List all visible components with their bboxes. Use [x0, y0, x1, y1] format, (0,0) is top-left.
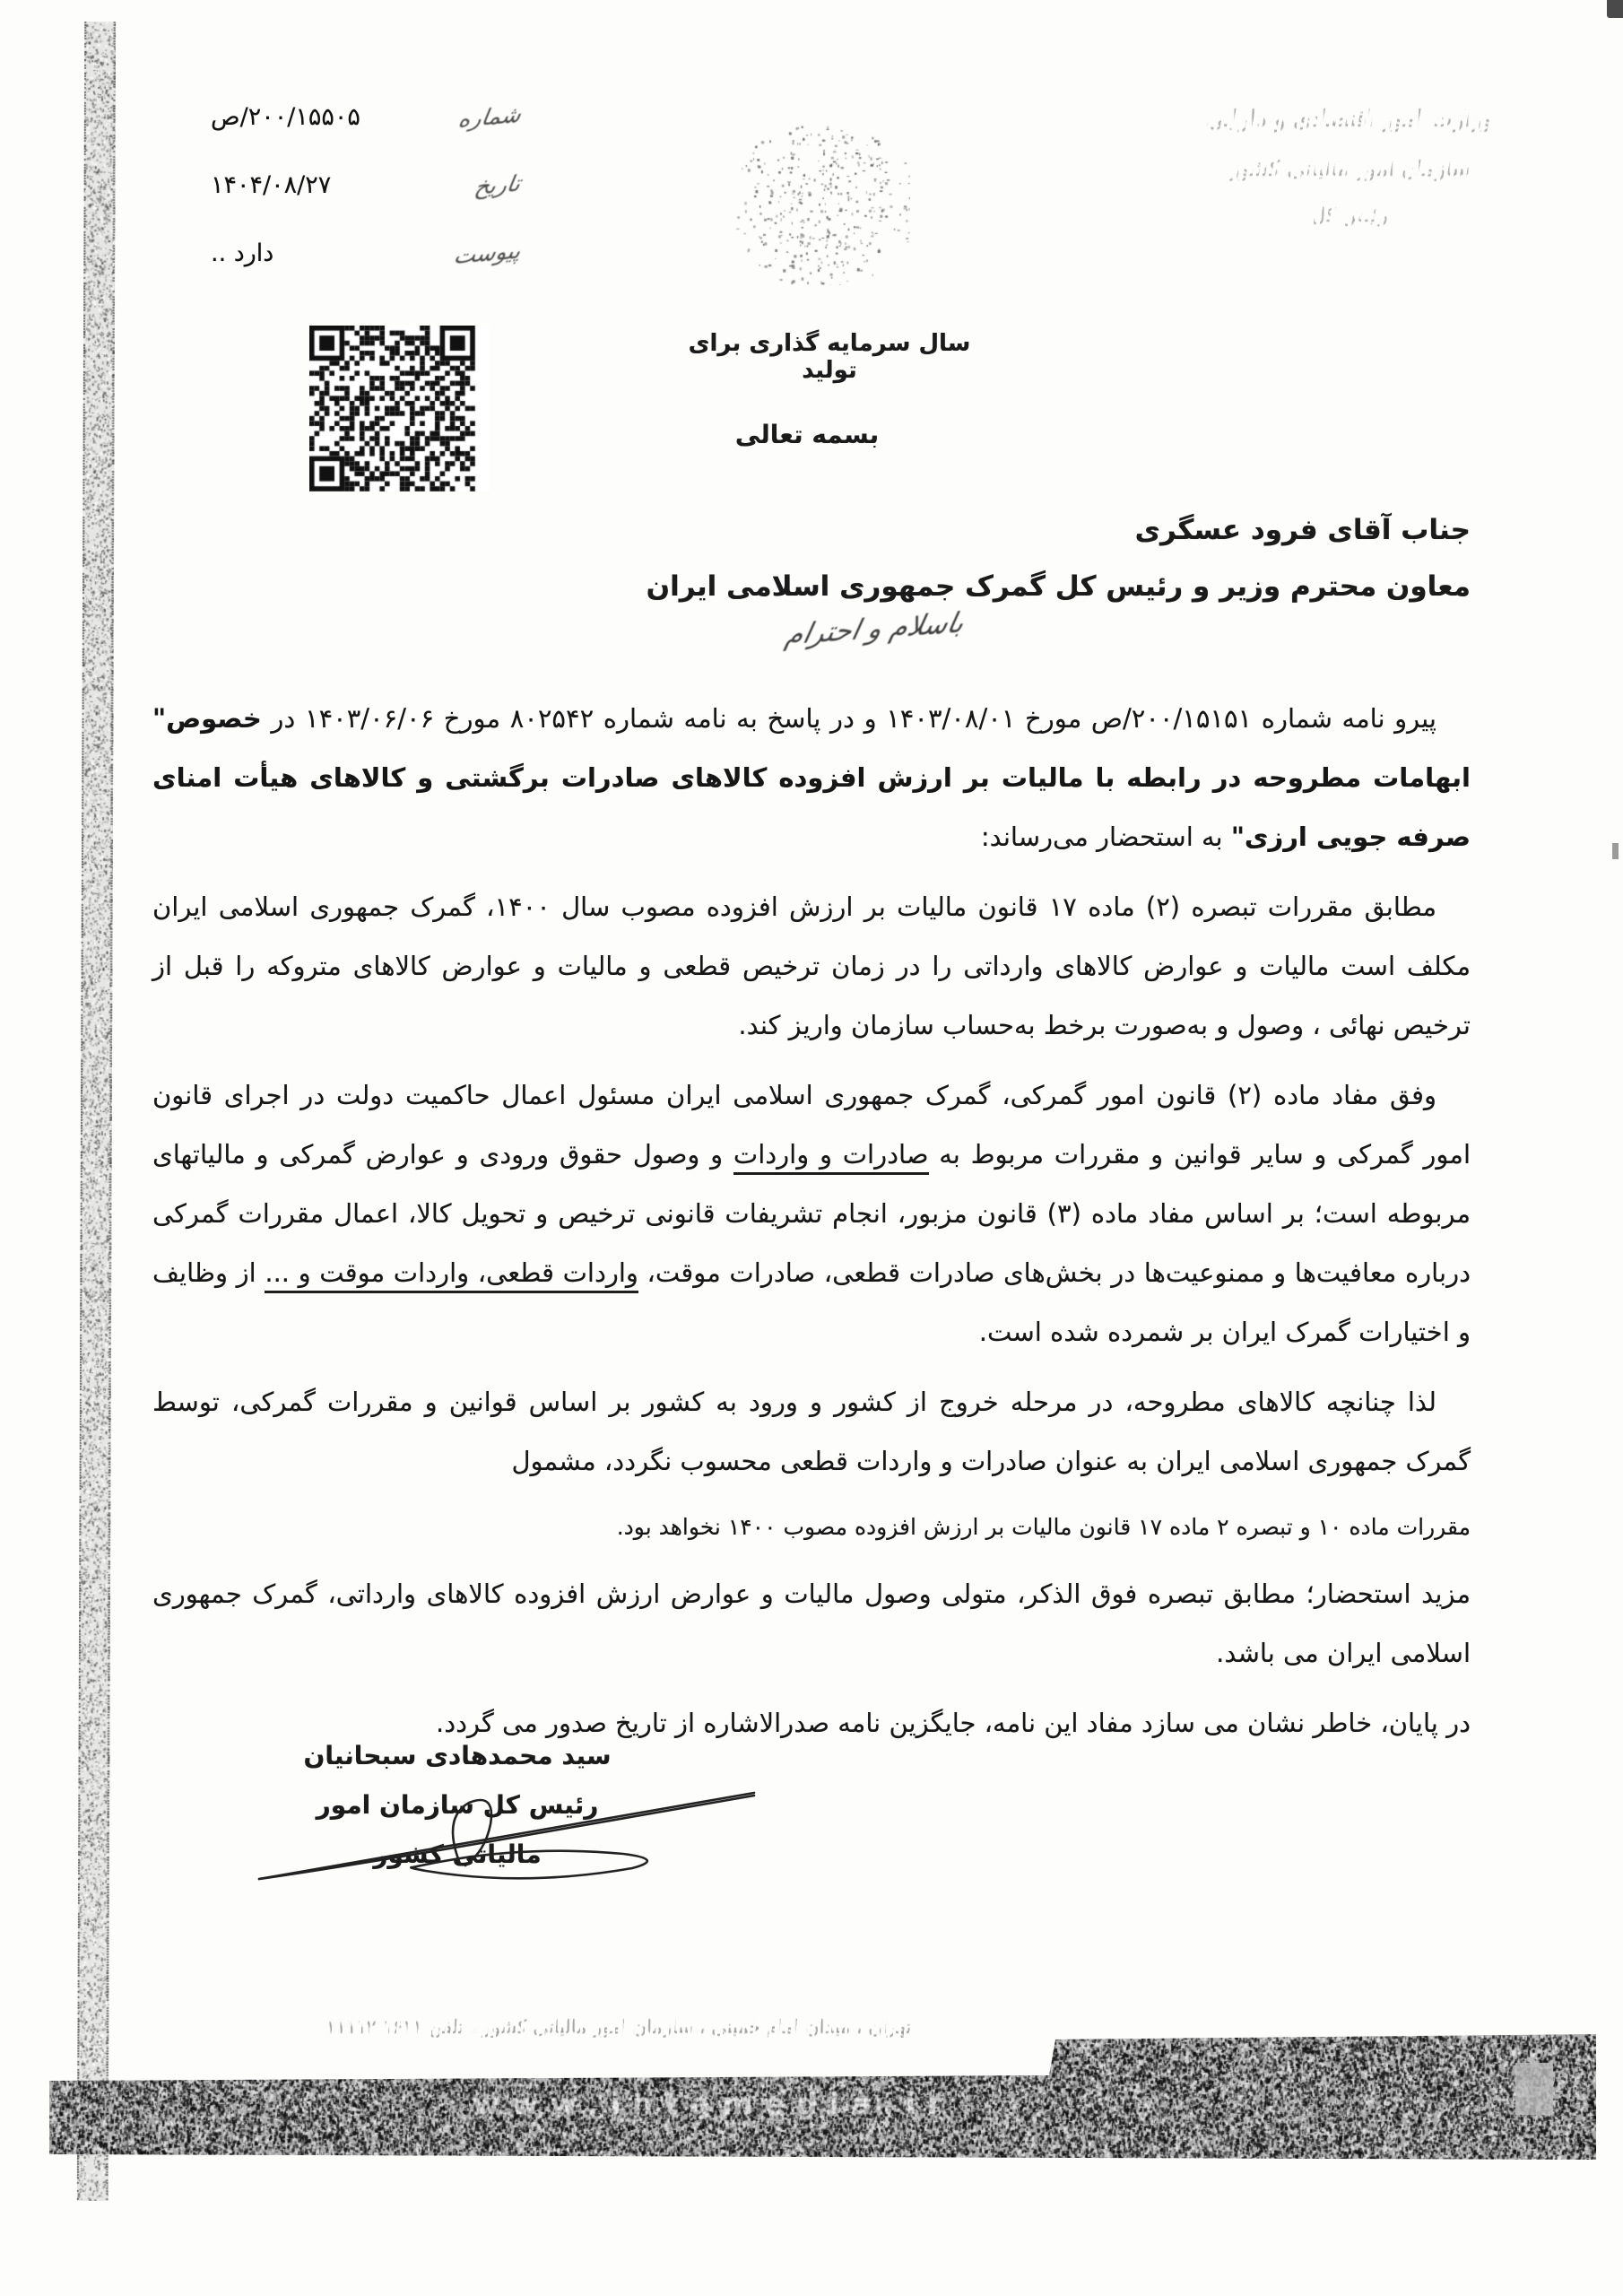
text-run: مطابق مقررات تبصره (۲) ماده ۱۷ قانون مال… — [152, 891, 1471, 1040]
recipient-block: جناب آقای فرود عسگری معاون محترم وزیر و … — [395, 502, 1471, 615]
underlined-phrase: واردات قطعی، واردات موقت و ... — [265, 1257, 638, 1293]
attachment-value: دارد .. — [211, 239, 273, 267]
reference-attachment-row: پیوست دارد .. — [211, 219, 520, 287]
date-label: تاریخ — [473, 170, 522, 199]
body-paragraph: مزید استحضار؛ مطابق تبصره فوق الذکر، متو… — [152, 1564, 1471, 1683]
number-value: ۲۰۰/۱۵۵۰۵/ص — [211, 103, 360, 131]
body-paragraph: وفق مفاد ماده (۲) قانون امور گمرکی، گمرک… — [152, 1065, 1471, 1361]
letter-body: پیرو نامه شماره ۲۰۰/۱۵۱۵۱/ص مورخ ۱۴۰۳/۰۸… — [152, 689, 1471, 1763]
number-label: شماره — [456, 101, 523, 133]
text-run: به استحضار می‌رساند: — [981, 822, 1231, 852]
reference-date-row: تاریخ ۱۴۰۴/۰۸/۲۷ — [211, 151, 520, 219]
scan-corner-artifact — [1607, 0, 1623, 18]
qr-code — [309, 326, 489, 491]
letterhead-ministry: وزارت امور اقتصادی و دارایی — [1170, 106, 1529, 133]
scan-edge-artifact — [1612, 843, 1619, 859]
scanned-letter-page: شماره ۲۰۰/۱۵۵۰۵/ص تاریخ ۱۴۰۴/۰۸/۲۷ پیوست… — [0, 0, 1623, 2296]
scan-gray-patch — [1515, 2063, 1553, 2115]
text-run: مقررات ماده ۱۰ و تبصره ۲ ماده ۱۷ قانون م… — [617, 1514, 1471, 1540]
faded-emblem-stamp — [735, 124, 910, 285]
recipient-name: جناب آقای فرود عسگری — [395, 502, 1471, 559]
signatory-name: سید محمدهادی سبحانیان — [287, 1731, 628, 1780]
year-slogan: سال سرمایه گذاری برای تولید — [681, 330, 977, 384]
bismillah-heading: بسمه تعالی — [690, 420, 924, 449]
scanner-binding-strip — [77, 22, 116, 2201]
text-run: مزید استحضار؛ مطابق تبصره فوق الذکر، متو… — [152, 1578, 1471, 1668]
body-paragraph: مقررات ماده ۱۰ و تبصره ۲ ماده ۱۷ قانون م… — [152, 1501, 1471, 1553]
body-paragraph: لذا چنانچه کالاهای مطروحه، در مرحله خروج… — [152, 1372, 1471, 1491]
handwritten-signature — [247, 1778, 776, 1894]
letterhead-office: رئیس کل — [1170, 204, 1529, 227]
underlined-phrase: صادرات و واردات — [733, 1139, 929, 1175]
body-paragraph: پیرو نامه شماره ۲۰۰/۱۵۱۵۱/ص مورخ ۱۴۰۳/۰۸… — [152, 689, 1471, 866]
footer-address-line: تهران ، میدان امام خمینی ، سازمان امور م… — [287, 2016, 950, 2038]
reference-number-row: شماره ۲۰۰/۱۵۵۰۵/ص — [211, 83, 520, 151]
date-value: ۱۴۰۴/۰۸/۲۷ — [211, 171, 331, 199]
letterhead-organization: سازمان امور مالیاتی کشور — [1170, 156, 1529, 181]
text-run: لذا چنانچه کالاهای مطروحه، در مرحله خروج… — [152, 1387, 1471, 1476]
letter-reference-block: شماره ۲۰۰/۱۵۵۰۵/ص تاریخ ۱۴۰۴/۰۸/۲۷ پیوست… — [211, 83, 520, 287]
body-paragraph: مطابق مقررات تبصره (۲) ماده ۱۷ قانون مال… — [152, 877, 1471, 1055]
text-run: پیرو نامه شماره ۲۰۰/۱۵۱۵۱/ص مورخ ۱۴۰۳/۰۸… — [262, 703, 1436, 734]
faded-letterhead: وزارت امور اقتصادی و دارایی سازمان امور … — [1170, 106, 1529, 250]
website-watermark: www.intamedia.ir — [435, 2086, 991, 2121]
scanner-noise-band: www.intamedia.ir — [49, 2034, 1596, 2178]
recipient-title: معاون محترم وزیر و رئیس کل گمرک جمهوری ا… — [395, 559, 1471, 615]
attachment-label: پیوست — [452, 237, 523, 268]
